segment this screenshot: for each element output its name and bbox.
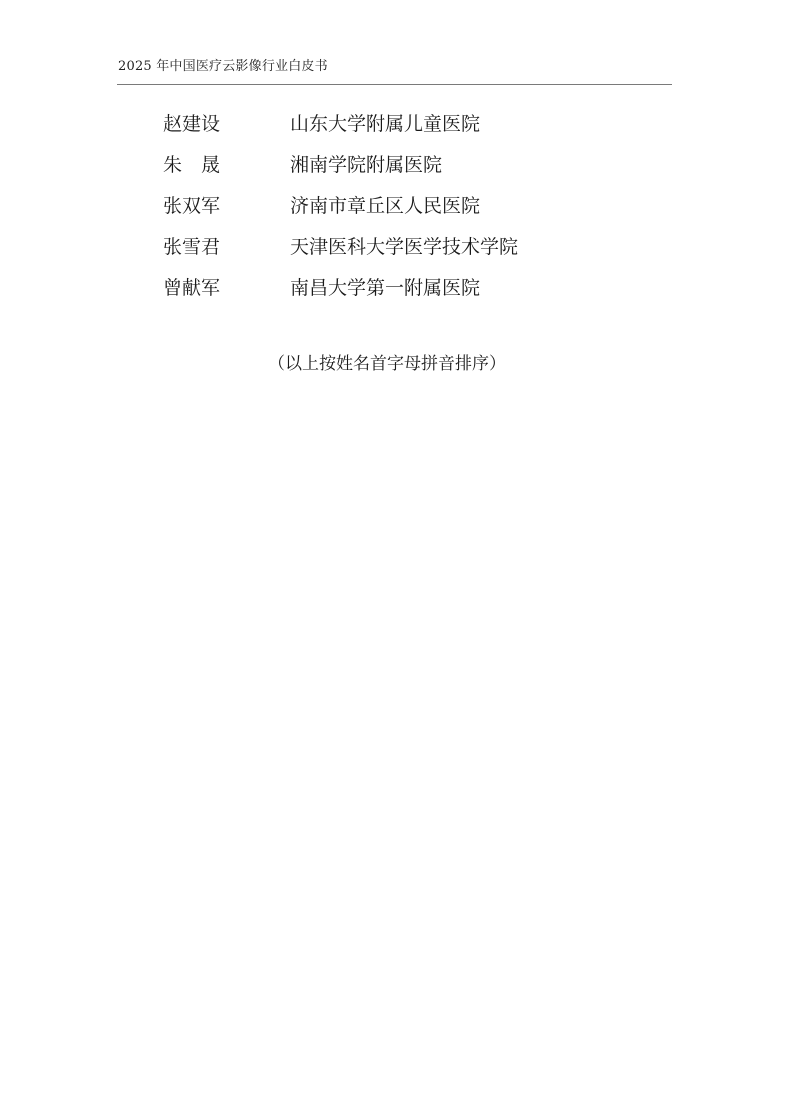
member-name: 张双军 bbox=[163, 191, 290, 218]
member-name: 张雪君 bbox=[163, 232, 290, 259]
list-item: 张双军 济南市章丘区人民医院 bbox=[163, 184, 518, 225]
member-organization: 济南市章丘区人民医院 bbox=[290, 191, 480, 218]
list-item: 张雪君 天津医科大学医学技术学院 bbox=[163, 225, 518, 266]
member-name: 朱 晟 bbox=[163, 150, 290, 177]
member-list: 赵建设 山东大学附属儿童医院 朱 晟 湘南学院附属医院 张双军 济南市章丘区人民… bbox=[163, 102, 518, 307]
member-organization: 湘南学院附属医院 bbox=[290, 150, 442, 177]
member-name: 曾献军 bbox=[163, 273, 290, 300]
member-organization: 山东大学附属儿童医院 bbox=[290, 109, 480, 136]
document-header-title: 2025 年中国医疗云影像行业白皮书 bbox=[118, 58, 328, 76]
list-item: 曾献军 南昌大学第一附属医院 bbox=[163, 266, 518, 307]
header-divider bbox=[117, 84, 672, 85]
member-name: 赵建设 bbox=[163, 109, 290, 136]
list-item: 朱 晟 湘南学院附属医院 bbox=[163, 143, 518, 184]
member-organization: 天津医科大学医学技术学院 bbox=[290, 232, 518, 259]
member-organization: 南昌大学第一附属医院 bbox=[290, 273, 480, 300]
sort-order-note: （以上按姓名首字母拼音排序） bbox=[268, 352, 506, 376]
list-item: 赵建设 山东大学附属儿童医院 bbox=[163, 102, 518, 143]
